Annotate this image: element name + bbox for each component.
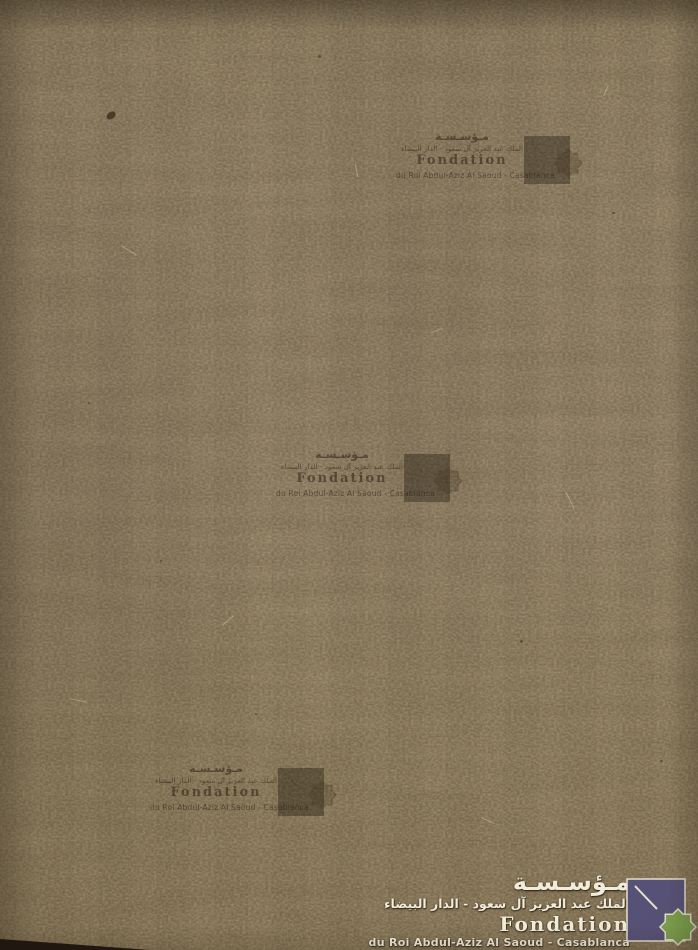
paper-speck — [255, 713, 257, 715]
watermark-owner-arabic: الملك عبد العزيز آل سعود - الدار البيضاء — [384, 896, 630, 911]
paper-fiber — [430, 328, 444, 333]
paper-fiber — [222, 615, 235, 626]
foundation-logo-stamp-icon — [524, 136, 588, 188]
paper-fiber — [480, 817, 494, 824]
watermark-owner-arabic: الملك عبد العزيز آل سعود - الدار البيضاء — [273, 463, 410, 471]
eight-point-star-icon — [308, 781, 336, 809]
foundation-logo-icon — [626, 876, 698, 950]
paper-speck — [612, 212, 615, 214]
page-edge-shadow — [0, 937, 150, 950]
paper-fiber — [603, 85, 609, 96]
ink-blotch — [105, 110, 117, 121]
watermark-stamp-footer: مـؤسـسـة الملك عبد العزيز آل سعود - الدا… — [428, 868, 698, 950]
eight-point-star-icon — [434, 467, 462, 495]
paper-speck — [160, 560, 162, 562]
watermark-institution-arabic: مـؤسـسـة — [150, 762, 282, 775]
watermark-institution-arabic: مـؤسـسـة — [513, 870, 630, 894]
watermark-institution-arabic: مـؤسـسـة — [396, 130, 528, 143]
paper-speck — [318, 55, 321, 58]
watermark-stamp: مـؤسـسـة الملك عبد العزيز آل سعود - الدا… — [396, 130, 592, 190]
paper-speck — [660, 760, 663, 762]
foundation-logo-stamp-icon — [404, 454, 468, 506]
scanned-paper-page: مـؤسـسـة الملك عبد العزيز آل سعود - الدا… — [0, 0, 698, 950]
watermark-owner-french: du Roi Abdul-Aziz Al Saoud - Casablanca — [276, 489, 408, 498]
foundation-logo-stamp-icon — [278, 768, 342, 820]
eight-point-star-icon — [554, 149, 582, 177]
watermark-institution-french: Fondation — [150, 785, 282, 800]
watermark-owner-french: du Roi Abdul-Aziz Al Saoud - Casablanca — [150, 803, 282, 812]
paper-fiber — [121, 245, 137, 255]
watermark-owner-arabic: الملك عبد العزيز آل سعود - الدار البيضاء — [147, 777, 284, 785]
watermark-institution-arabic: مـؤسـسـة — [276, 448, 408, 461]
watermark-owner-french: du Roi Abdul-Aziz Al Saoud - Casablanca — [396, 171, 528, 180]
watermark-owner-arabic: الملك عبد العزيز آل سعود - الدار البيضاء — [393, 145, 530, 153]
paper-fiber — [70, 698, 87, 703]
eight-point-star-icon — [660, 909, 696, 945]
paper-fiber — [355, 164, 358, 177]
watermark-stamp: مـؤسـسـة الملك عبد العزيز آل سعود - الدا… — [150, 762, 346, 822]
watermark-institution-french: Fondation — [276, 471, 408, 486]
watermark-owner-french: du Roi Abdul-Aziz Al Saoud - Casablanca — [369, 936, 630, 949]
paper-speck — [520, 640, 523, 643]
paper-speck — [88, 402, 90, 404]
paper-fiber — [565, 491, 575, 509]
watermark-stamp: مـؤسـسـة الملك عبد العزيز آل سعود - الدا… — [276, 448, 472, 508]
watermark-institution-french: Fondation — [499, 912, 630, 936]
watermark-institution-french: Fondation — [396, 153, 528, 168]
